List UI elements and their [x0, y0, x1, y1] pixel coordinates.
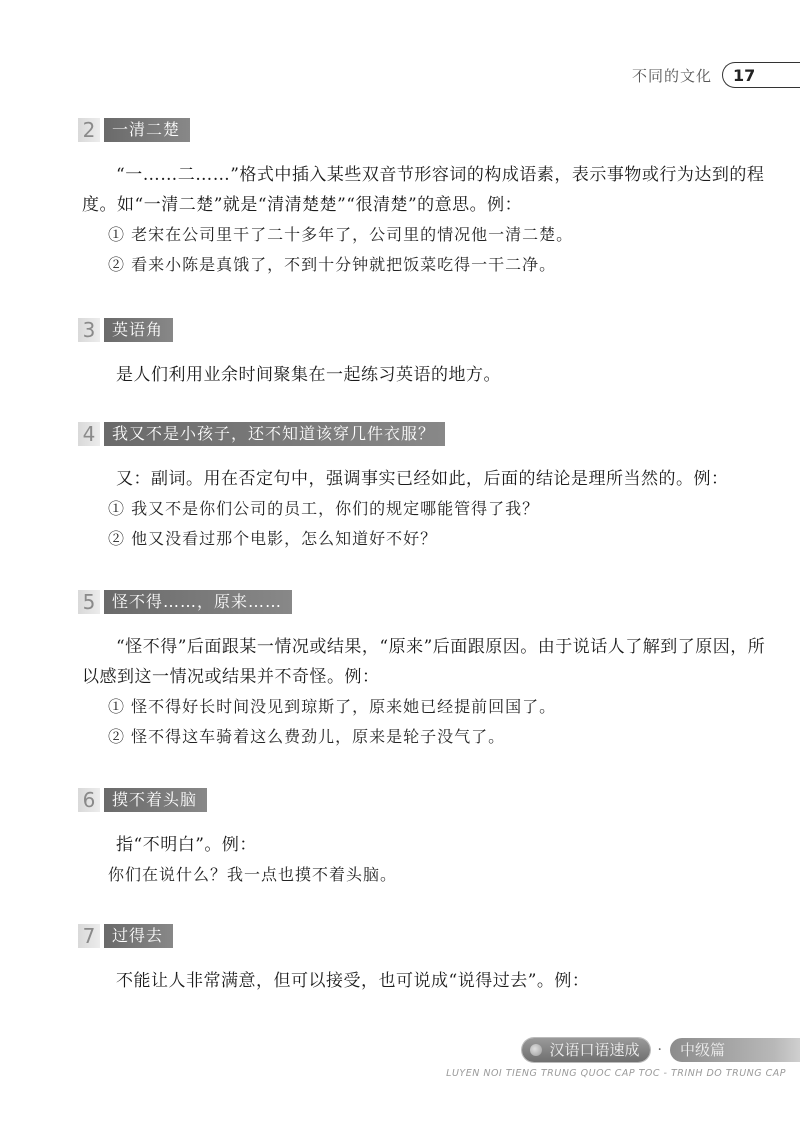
- section-3: 3 英语角 是人们利用业余时间聚集在一起练习英语的地方。: [78, 318, 768, 390]
- section-body: 又：副词。用在否定句中，强调事实已经如此，后面的结论是理所当然的。例：: [78, 464, 768, 494]
- section-heading: 6 摸不着头脑: [78, 788, 768, 812]
- footer-bar: 汉语口语速成 · 中级篇: [522, 1038, 800, 1062]
- level-badge: 中级篇: [670, 1038, 800, 1062]
- example-2: ② 看来小陈是真饿了，不到十分钟就把饭菜吃得一干二净。: [78, 250, 768, 280]
- section-number: 3: [78, 318, 100, 342]
- example-1: 你们在说什么？我一点也摸不着头脑。: [78, 860, 768, 890]
- section-body: 是人们利用业余时间聚集在一起练习英语的地方。: [78, 360, 768, 390]
- footer-subtitle: LUYEN NOI TIENG TRUNG QUOC CAP TOC - TRI…: [446, 1068, 786, 1079]
- section-number: 5: [78, 590, 100, 614]
- section-title: 怪不得……，原来……: [104, 590, 292, 614]
- series-badge: 汉语口语速成: [522, 1038, 650, 1062]
- section-body: 不能让人非常满意，但可以接受，也可说成“说得过去”。例：: [78, 966, 768, 996]
- section-title: 过得去: [104, 924, 173, 948]
- bullet-icon: [530, 1044, 542, 1056]
- section-number: 4: [78, 422, 100, 446]
- section-title: 摸不着头脑: [104, 788, 207, 812]
- example-2: ② 怪不得这车骑着这么费劲儿，原来是轮子没气了。: [78, 722, 768, 752]
- page-number: 17: [722, 62, 800, 88]
- footer-separator: ·: [658, 1042, 662, 1058]
- example-1: ① 老宋在公司里干了二十多年了，公司里的情况他一清二楚。: [78, 220, 768, 250]
- section-body: 指“不明白”。例：: [78, 830, 768, 860]
- section-heading: 3 英语角: [78, 318, 768, 342]
- series-title: 汉语口语速成: [550, 1041, 640, 1059]
- section-heading: 2 一清二楚: [78, 118, 768, 142]
- page-header: 不同的文化 17: [632, 60, 800, 90]
- section-body: “一……二……”格式中插入某些双音节形容词的构成语素，表示事物或行为达到的程度。…: [78, 160, 768, 220]
- section-number: 2: [78, 118, 100, 142]
- section-4: 4 我又不是小孩子，还不知道该穿几件衣服？ 又：副词。用在否定句中，强调事实已经…: [78, 422, 768, 554]
- section-heading: 5 怪不得……，原来……: [78, 590, 768, 614]
- section-title: 英语角: [104, 318, 173, 342]
- page-footer: 汉语口语速成 · 中级篇 LUYEN NOI TIENG TRUNG QUOC …: [0, 1032, 800, 1092]
- section-number: 7: [78, 924, 100, 948]
- section-5: 5 怪不得……，原来…… “怪不得”后面跟某一情况或结果，“原来”后面跟原因。由…: [78, 590, 768, 752]
- section-title: 我又不是小孩子，还不知道该穿几件衣服？: [104, 422, 445, 446]
- example-2: ② 他又没看过那个电影，怎么知道好不好？: [78, 524, 768, 554]
- chapter-title: 不同的文化: [632, 65, 712, 86]
- section-heading: 4 我又不是小孩子，还不知道该穿几件衣服？: [78, 422, 768, 446]
- section-2: 2 一清二楚 “一……二……”格式中插入某些双音节形容词的构成语素，表示事物或行…: [78, 118, 768, 280]
- section-7: 7 过得去 不能让人非常满意，但可以接受，也可说成“说得过去”。例：: [78, 924, 768, 996]
- section-heading: 7 过得去: [78, 924, 768, 948]
- section-number: 6: [78, 788, 100, 812]
- section-title: 一清二楚: [104, 118, 190, 142]
- example-1: ① 怪不得好长时间没见到琼斯了，原来她已经提前回国了。: [78, 692, 768, 722]
- section-6: 6 摸不着头脑 指“不明白”。例： 你们在说什么？我一点也摸不着头脑。: [78, 788, 768, 890]
- section-body: “怪不得”后面跟某一情况或结果，“原来”后面跟原因。由于说话人了解到了原因，所以…: [78, 632, 768, 692]
- example-1: ① 我又不是你们公司的员工，你们的规定哪能管得了我？: [78, 494, 768, 524]
